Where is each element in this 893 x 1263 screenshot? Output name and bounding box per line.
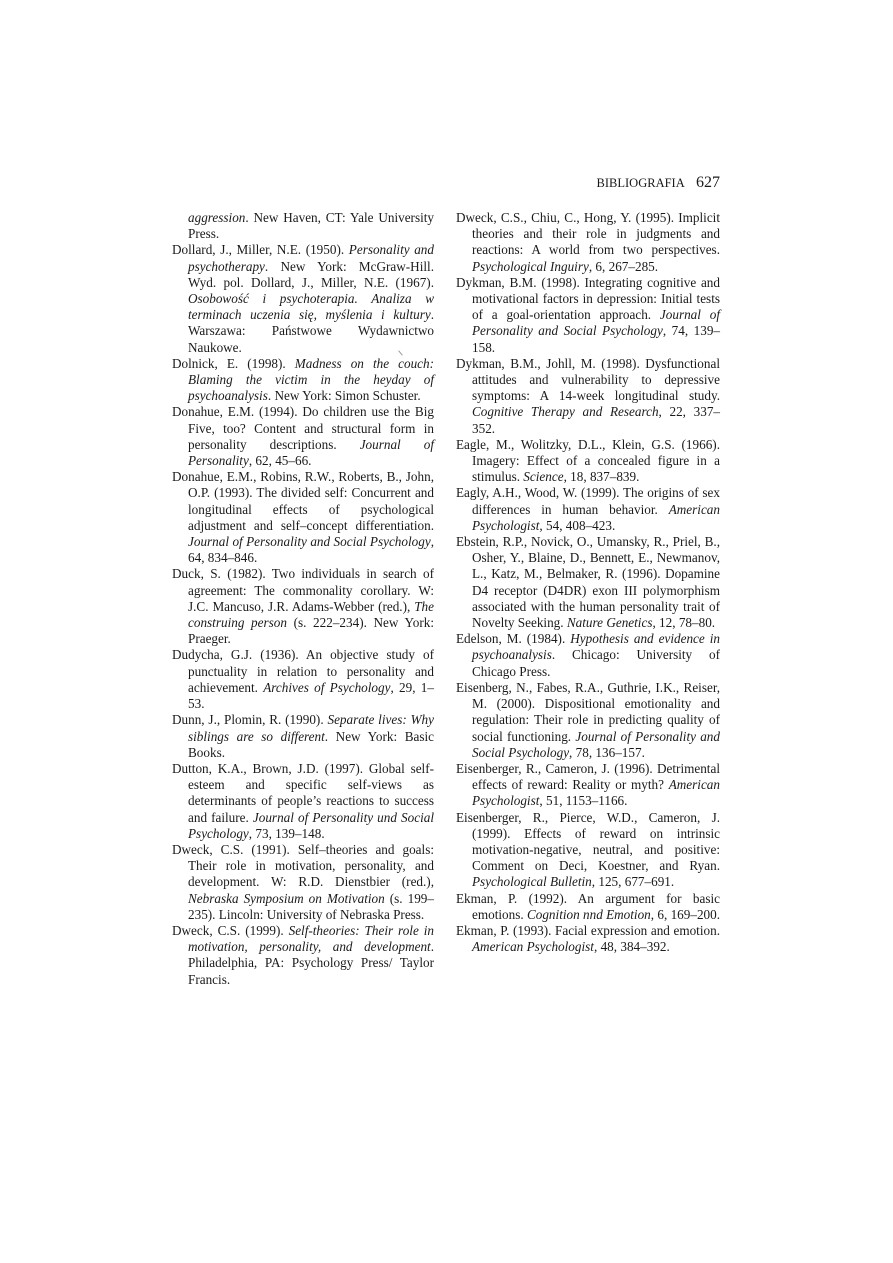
page-number: 627: [696, 174, 720, 191]
entry-text: , 73, 139–148.: [249, 826, 325, 841]
entry-text: Donahue, E.M., Robins, R.W., Roberts, B.…: [172, 469, 434, 533]
bibliography-right-column: Dweck, C.S., Chiu, C., Hong, Y. (1995). …: [456, 210, 720, 955]
entry-title-italic: Science: [523, 469, 563, 484]
entry-title-italic: American Psychologist: [472, 939, 594, 954]
entry-text: , 54, 408–423.: [539, 518, 615, 533]
entry-text: , 12, 78–80.: [652, 615, 715, 630]
entry-text: , 125, 677–691.: [592, 874, 674, 889]
entry-title-italic: Journal of Personality and Social Psycho…: [188, 534, 431, 549]
bibliography-entry: Eisenberg, N., Fabes, R.A., Guthrie, I.K…: [456, 680, 720, 761]
bibliography-entry: Dweck, C.S. (1999). Self-theories: Their…: [172, 923, 434, 988]
bibliography-entry: Eagly, A.H., Wood, W. (1999). The origin…: [456, 485, 720, 534]
bibliography-entry: Dolnick, E. (1998). Madness on the couch…: [172, 356, 434, 405]
entry-text: Edelson, M. (1984).: [456, 631, 570, 646]
entry-title-italic: Psychological Bulletin: [472, 874, 592, 889]
bibliography-entry: Edelson, M. (1984). Hypothesis and evide…: [456, 631, 720, 680]
entry-text: , 6, 267–285.: [589, 259, 658, 274]
entry-title-italic: Nature Genetics: [567, 615, 653, 630]
entry-text: . New York: Simon Schuster.: [268, 388, 421, 403]
bibliography-entry: Ekman, P. (1992). An argument for basic …: [456, 891, 720, 923]
entry-text: , 48, 384–392.: [594, 939, 670, 954]
entry-text: Dweck, C.S. (1999).: [172, 923, 289, 938]
bibliography-entry: Eagle, M., Wolitzky, D.L., Klein, G.S. (…: [456, 437, 720, 486]
entry-title-italic: Osobowość i psychoterapia. Analiza w ter…: [188, 291, 434, 322]
bibliography-entry: Donahue, E.M. (1994). Do children use th…: [172, 404, 434, 469]
entry-text: , 62, 45–66.: [249, 453, 312, 468]
entry-title-italic: aggression: [188, 210, 245, 225]
running-head-title: BIBLIOGRAFIA: [597, 176, 685, 190]
bibliography-left-column: aggression. New Haven, CT: Yale Universi…: [172, 210, 434, 988]
entry-text: Dollard, J., Miller, N.E. (1950).: [172, 242, 349, 257]
entry-text: Dweck, C.S., Chiu, C., Hong, Y. (1995). …: [456, 210, 720, 257]
entry-title-italic: Nebraska Symposium on Motivation: [188, 891, 385, 906]
bibliography-entry: Donahue, E.M., Robins, R.W., Roberts, B.…: [172, 469, 434, 566]
entry-text: Dunn, J., Plomin, R. (1990).: [172, 712, 327, 727]
bibliography-entry: Dweck, C.S., Chiu, C., Hong, Y. (1995). …: [456, 210, 720, 275]
bibliography-entry: Dweck, C.S. (1991). Self–theories and go…: [172, 842, 434, 923]
entry-text: , 78, 136–157.: [569, 745, 645, 760]
entry-text: , 51, 1153–1166.: [539, 793, 627, 808]
entry-title-italic: Cognitive Therapy and Research: [472, 404, 659, 419]
bibliography-entry: Duck, S. (1982). Two individuals in sear…: [172, 566, 434, 647]
entry-text: Ekman, P. (1993). Facial expression and …: [456, 923, 720, 938]
entry-text: Eisenberger, R., Pierce, W.D., Cameron, …: [456, 810, 720, 874]
bibliography-entry: aggression. New Haven, CT: Yale Universi…: [172, 210, 434, 242]
bibliography-entry: Dykman, B.M. (1998). Integrating cogniti…: [456, 275, 720, 356]
entry-title-italic: Archives of Psychology: [263, 680, 390, 695]
bibliography-entry: Eisenberger, R., Cameron, J. (1996). Det…: [456, 761, 720, 810]
entry-text: , 6, 169–200.: [651, 907, 720, 922]
entry-text: Duck, S. (1982). Two individuals in sear…: [172, 566, 434, 613]
entry-text: Dweck, C.S. (1991). Self–theories and go…: [172, 842, 434, 889]
bibliography-entry: Ebstein, R.P., Novick, O., Umansky, R., …: [456, 534, 720, 631]
bibliography-entry: Dollard, J., Miller, N.E. (1950). Person…: [172, 242, 434, 355]
entry-text: , 18, 837–839.: [564, 469, 640, 484]
entry-text: Dolnick, E. (1998).: [172, 356, 295, 371]
entry-title-italic: Cognition nnd Emotion: [527, 907, 651, 922]
bibliography-entry: Dudycha, G.J. (1936). An objective study…: [172, 647, 434, 712]
bibliography-entry: Dykman, B.M., Johll, M. (1998). Dysfunct…: [456, 356, 720, 437]
bibliography-entry: Ekman, P. (1993). Facial expression and …: [456, 923, 720, 955]
bibliography-entry: Dutton, K.A., Brown, J.D. (1997). Global…: [172, 761, 434, 842]
entry-text: Dykman, B.M., Johll, M. (1998). Dysfunct…: [456, 356, 720, 403]
bibliography-entry: Dunn, J., Plomin, R. (1990). Separate li…: [172, 712, 434, 761]
running-head: BIBLIOGRAFIA 627: [0, 174, 720, 192]
entry-title-italic: Psychological Inguiry: [472, 259, 589, 274]
bibliography-entry: Eisenberger, R., Pierce, W.D., Cameron, …: [456, 810, 720, 891]
